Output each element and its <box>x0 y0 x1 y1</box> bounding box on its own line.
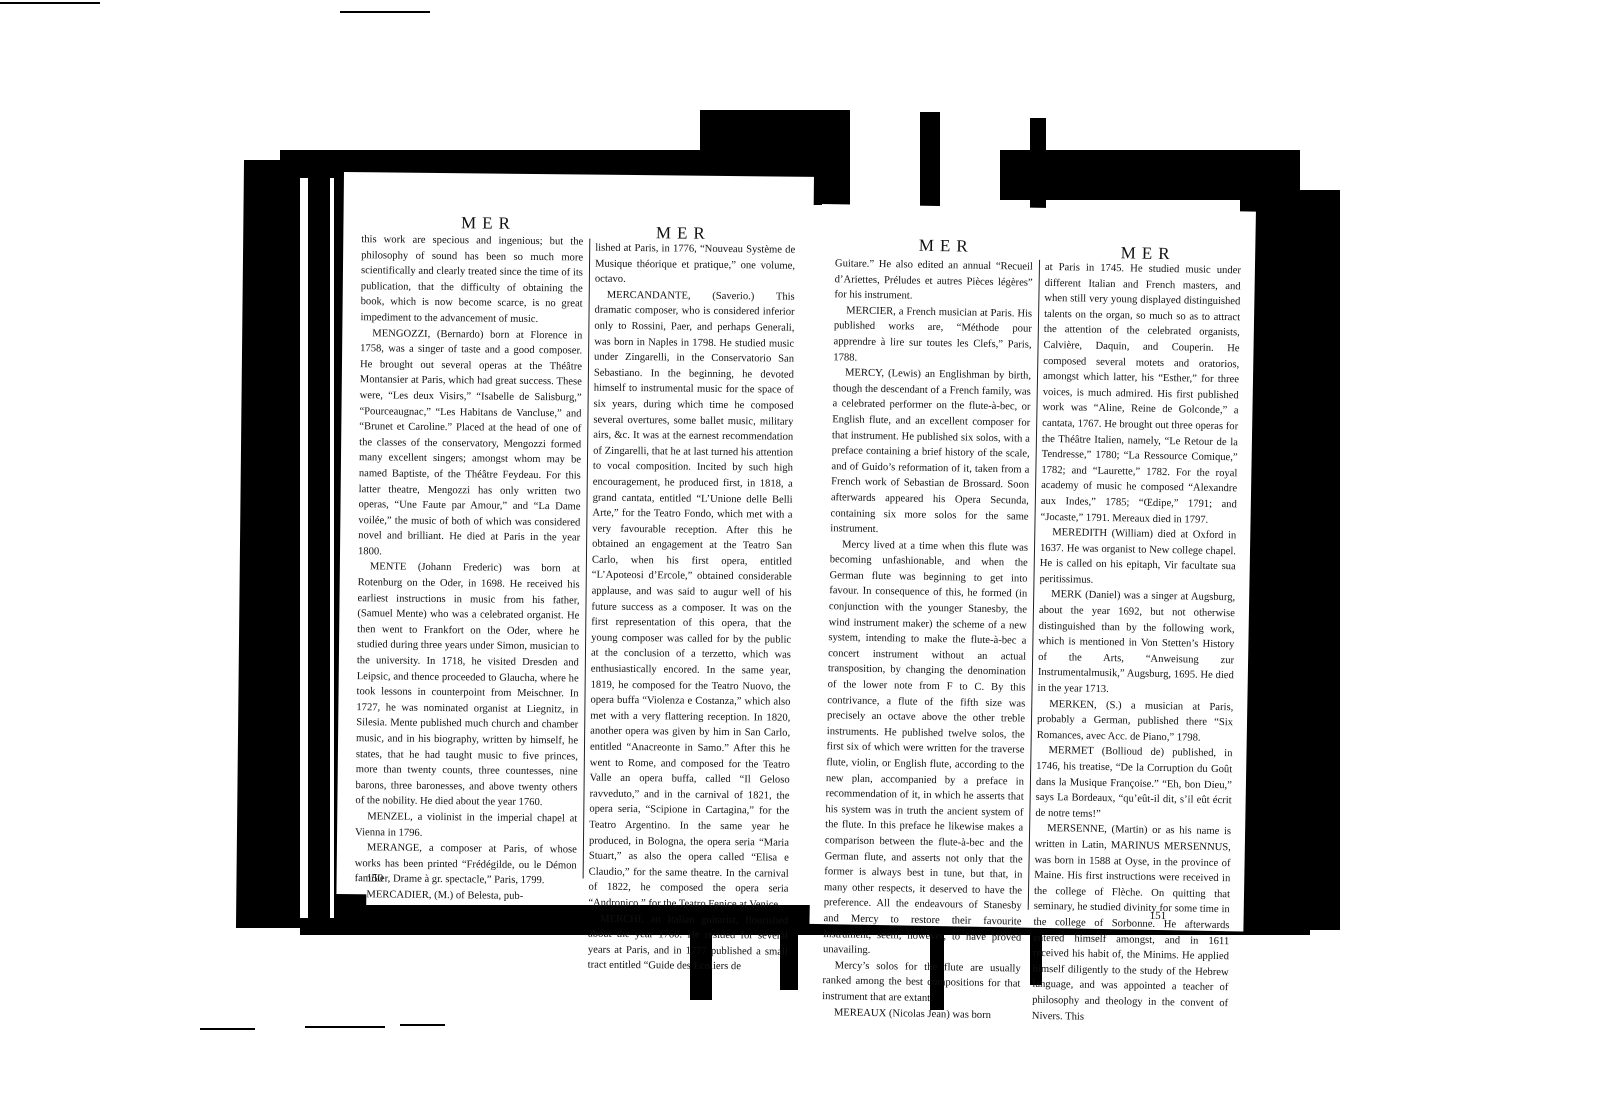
entry-merk: MERK (Daniel) was a singer at Augsburg, … <box>1037 587 1235 700</box>
entry-mengozzi: MENGOZZI, (Bernardo) born at Florence in… <box>358 326 582 562</box>
right-page: MER MER Guitare.” He also edited an annu… <box>809 204 1255 931</box>
text-column-3: Guitare.” He also edited an annual “Recu… <box>822 256 1033 1023</box>
running-head: MER <box>901 235 991 257</box>
scan-artifact <box>200 1028 255 1030</box>
text-column-2: lished at Paris, in 1776, “Nouveau Systè… <box>588 241 796 976</box>
entry-mersenne: MERSENNE, (Martin) or as his name is wri… <box>1032 821 1232 1027</box>
clip-bar <box>1030 118 1046 218</box>
entry-merchi: MERCHI, an Italian guitarist, flourished… <box>588 911 789 975</box>
scan-artifact <box>400 1024 445 1026</box>
entry-mermet: MERMET (Bollioud de) published, in 1746,… <box>1035 743 1232 824</box>
running-head: MER <box>443 213 533 234</box>
paragraph: at Paris in 1745. He studied music under… <box>1040 260 1241 528</box>
paragraph: this work are specious and ingenious; bu… <box>360 232 583 328</box>
page-number: 151 <box>1150 910 1167 922</box>
entry-merange: MERANGE, a composer at Paris, of whose w… <box>355 840 577 889</box>
entry-meredith: MEREDITH (William) died at Oxford in 163… <box>1039 525 1236 591</box>
text-column-1: this work are specious and ingenious; bu… <box>354 232 583 905</box>
entry-mercier: MERCIER, a French musician at Paris. His… <box>833 303 1032 369</box>
entry-menzel: MENZEL, a violinist in the imperial chap… <box>355 809 577 843</box>
clip-bar <box>920 112 940 212</box>
entry-mente: MENTE (Johann Frederic) was born at Rote… <box>355 560 580 812</box>
scan-artifact <box>305 1026 385 1028</box>
book-cover-right <box>1240 190 1340 930</box>
paragraph: Mercy’s solos for the flute are usually … <box>822 958 1021 1008</box>
page-edge-strip <box>330 178 334 918</box>
entry-mercadier: MERCADIER, (M.) of Belesta, pub- <box>354 887 576 905</box>
scan-artifact <box>340 11 430 13</box>
paragraph: Guitare.” He also edited an annual “Recu… <box>834 256 1033 306</box>
scan-artifact <box>0 2 100 4</box>
entry-mereaux: MEREAUX (Nicolas Jean) was born <box>822 1005 1020 1024</box>
text-column-4: at Paris in 1745. He studied music under… <box>1032 260 1241 1027</box>
left-page: MER MER this work are specious and ingen… <box>336 172 814 899</box>
paragraph: lished at Paris, in 1776, “Nouveau Systè… <box>595 241 795 290</box>
entry-mercandante: MERCANDANTE, (Saverio.) This dramatic co… <box>588 287 795 913</box>
entry-merken: MERKEN, (S.) a musician at Paris, probab… <box>1037 696 1234 746</box>
paragraph: Mercy lived at a time when this flute wa… <box>823 537 1028 961</box>
page-number: 150 <box>367 872 384 884</box>
page-edge-strip <box>300 178 308 918</box>
entry-mercy: MERCY, (Lewis) an Englishman by birth, t… <box>830 365 1031 540</box>
